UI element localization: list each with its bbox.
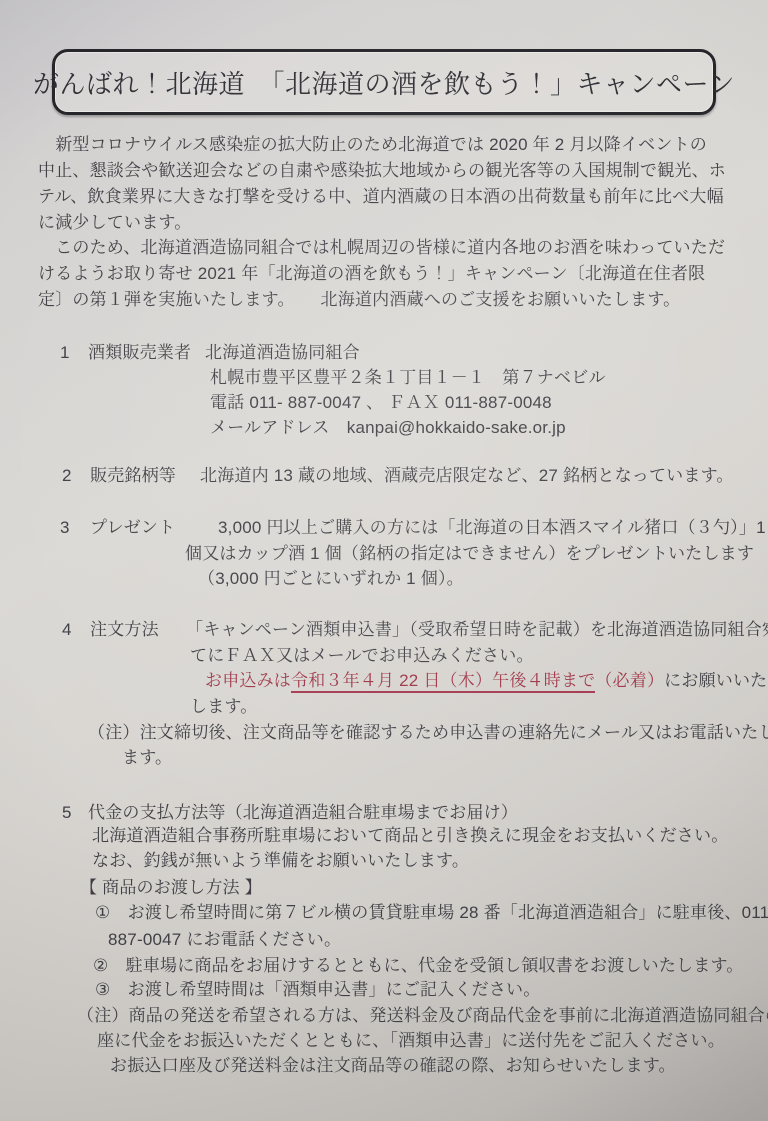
item-label: 注文方法	[90, 617, 159, 643]
handover-step-1-line-1: ① お渡し希望時間に第７ビル横の賃貸駐車場 28 番「北海道酒造組合」に駐車後、…	[95, 900, 768, 926]
seller-address: 札幌市豊平区豊平２条１丁目１－１ 第７ナベビル	[210, 365, 606, 391]
intro-paragraph-1: 新型コロナウイルス感染症の拡大防止のため北海道では 2020 年 2 月以降イベ…	[38, 132, 726, 236]
order-line-1: 「キャンペーン酒類申込書」（受取希望日時を記載）を北海道酒造協同組合宛	[186, 617, 768, 643]
item-number: 1	[60, 340, 70, 366]
brands-description: 北海道内 13 蔵の地域、酒蔵売店限定など、27 銘柄となっています。	[200, 463, 734, 489]
item-label: 酒類販売業者	[88, 340, 191, 366]
present-line-1: 3,000 円以上ご購入の方には「北海道の日本酒スマイル猪口（３勺）」1	[218, 515, 766, 541]
order-note-line-1: （注）注文締切後、注文商品等を確認するため申込書の連絡先にメール又はお電話いたし	[88, 720, 768, 746]
text-line: このため、北海道酒造協同組合では札幌周辺の皆様に道内各地のお酒を味わっていただ	[38, 235, 725, 261]
item-number: 2	[62, 463, 72, 489]
text-line: テル、飲食業界に大きな打撃を受ける中、道内酒蔵の日本酒の出荷数量も前年に比べ大幅	[38, 184, 726, 210]
shipping-note-line-1: （注）商品の発送を希望される方は、発送料金及び商品代金を事前に北海道酒造協同組合…	[77, 1003, 768, 1029]
handover-step-3: ③ お渡し希望時間は「酒類申込書」にご記入ください。	[95, 977, 540, 1003]
text-line: 中止、懇談会や歓送迎会などの自粛や感染拡大地域からの観光客等の入国規制で観光、ホ	[38, 158, 726, 184]
document-page: がんばれ！北海道 「北海道の酒を飲もう！」キャンペーン 新型コロナウイルス感染症…	[0, 0, 768, 1121]
shipping-note-line-3: お振込口座及び発送料金は注文商品等の確認の際、お知らせいたします。	[110, 1053, 676, 1079]
handover-step-1-line-2: 887-0047 にお電話ください。	[108, 927, 341, 953]
payment-body-1: 北海道酒造組合事務所駐車場において商品と引き換えに現金をお支払いください。	[92, 823, 728, 849]
order-line-2: てにＦＡＸ又はメールでお申込みください。	[190, 643, 534, 669]
order-deadline-line: お申込みは令和３年４月 22 日（木）午後４時まで（必着）にお願いいた	[205, 668, 767, 694]
text-line: 新型コロナウイルス感染症の拡大防止のため北海道では 2020 年 2 月以降イベ…	[38, 132, 726, 158]
item-number: 3	[60, 515, 70, 541]
campaign-title: がんばれ！北海道 「北海道の酒を飲もう！」キャンペーン	[33, 64, 735, 101]
deadline-must-arrive: （必着）	[595, 671, 664, 690]
handover-section-title: 【 商品のお渡し方法 】	[80, 875, 262, 901]
seller-email: メールアドレス kanpai@hokkaido-sake.or.jp	[210, 415, 566, 441]
payment-body-2: なお、釣銭が無いよう準備をお願いいたします。	[92, 848, 469, 874]
deadline-prefix: お申込みは	[205, 671, 291, 690]
shipping-note-line-2: 座に代金をお振込いただくとともに、「酒類申込書」に送付先をご記入ください。	[97, 1028, 725, 1054]
order-line-4: します。	[190, 694, 257, 720]
text-line: けるようお取り寄せ 2021 年「北海道の酒を飲もう！」キャンペーン〔北海道在住…	[38, 261, 725, 287]
deadline-date: 令和３年４月 22 日（木）午後４時まで	[291, 671, 595, 693]
item-label: プレゼント	[90, 515, 175, 541]
deadline-suffix: にお願いいた	[664, 671, 767, 690]
handover-step-2: ② 駐車場に商品をお届けするとともに、代金を受領し領収書をお渡しいたします。	[93, 953, 743, 979]
present-line-3: （3,000 円ごとにいずれか 1 個）。	[198, 566, 464, 592]
item-number: 5	[62, 800, 72, 826]
seller-name: 北海道酒造協同組合	[205, 340, 360, 366]
text-line: に減少しています。	[38, 210, 726, 236]
present-line-2: 個又はカップ酒 1 個（銘柄の指定はできません）をプレゼントいたします	[185, 541, 754, 567]
intro-paragraph-2: このため、北海道酒造協同組合では札幌周辺の皆様に道内各地のお酒を味わっていただ …	[38, 235, 725, 313]
item-label: 販売銘柄等	[90, 463, 176, 489]
item-number: 4	[62, 617, 72, 643]
campaign-title-box: がんばれ！北海道 「北海道の酒を飲もう！」キャンペーン	[52, 49, 716, 115]
order-note-line-2: ます。	[122, 745, 172, 771]
text-line: 定〕の第１弾を実施いたします。 北海道内酒蔵へのご支援をお願いいたします。	[38, 287, 725, 313]
seller-phone-fax: 電話 011- 887-0047 、 ＦＡＸ 011-887-0048	[210, 390, 552, 416]
